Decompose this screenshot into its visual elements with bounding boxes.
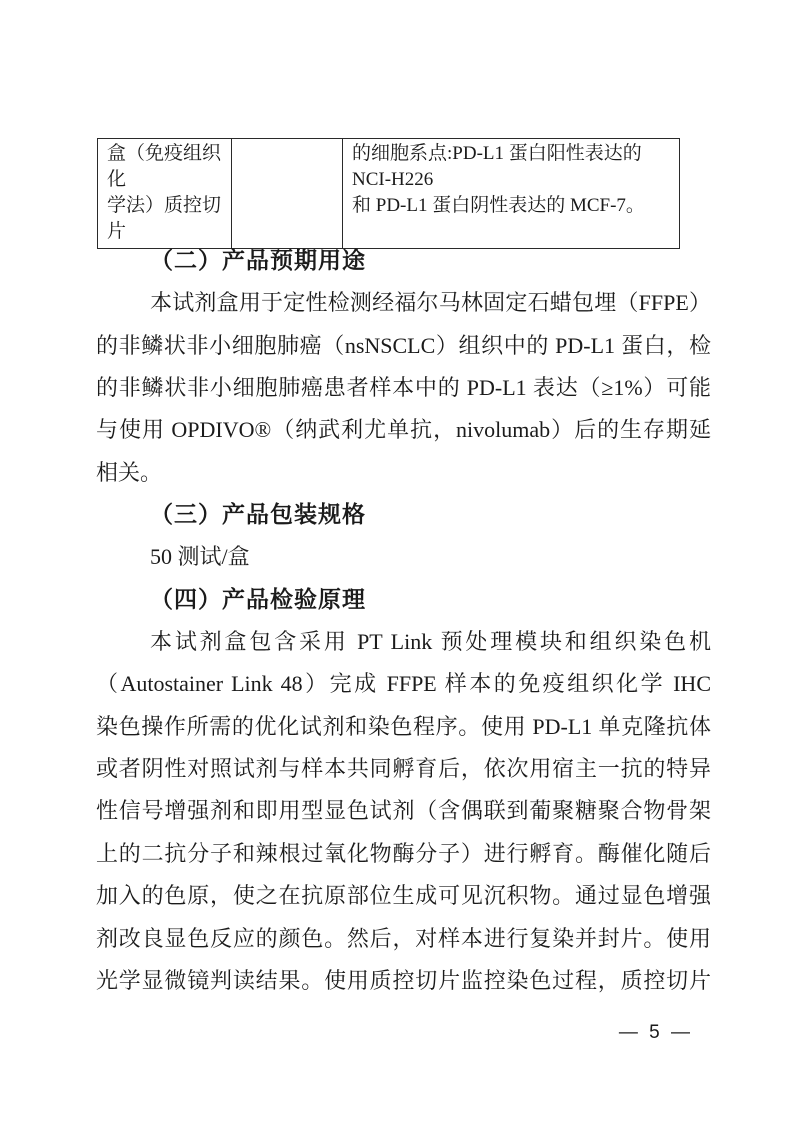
table-cell-text: 学法）质控切片 (107, 193, 225, 245)
paragraph-line: 本试剂盒包含采用 PT Link 预处理模块和组织染色机 (96, 621, 711, 663)
paragraph-line: 光学显微镜判读结果。使用质控切片监控染色过程，质控切片 (96, 960, 711, 1002)
table-row: 盒（免疫组织化 学法）质控切片 的细胞系点:PD-L1 蛋白阳性表达的 NCI-… (98, 139, 680, 249)
table-cell-description: 的细胞系点:PD-L1 蛋白阳性表达的 NCI-H226 和 PD-L1 蛋白阴… (343, 139, 680, 249)
continuation-table: 盒（免疫组织化 学法）质控切片 的细胞系点:PD-L1 蛋白阳性表达的 NCI-… (97, 138, 680, 249)
page-number: — 5 — (0, 1022, 690, 1044)
section-heading-test-principle: （四）产品检验原理 (96, 579, 711, 621)
section-heading-intended-use: （二）产品预期用途 (96, 240, 711, 282)
paragraph-line: 50 测试/盒 (96, 536, 711, 578)
paragraph-line: 的非鳞状非小细胞肺癌患者样本中的 PD-L1 表达（≥1%）可能 (96, 367, 711, 409)
paragraph-line: 剂改良显色反应的颜色。然后，对样本进行复染并封片。使用 (96, 918, 711, 960)
table-cell-text: 的细胞系点:PD-L1 蛋白阳性表达的 NCI-H226 (352, 141, 673, 193)
paragraph-line: 相关。 (96, 452, 711, 494)
paragraph-line: （Autostainer Link 48）完成 FFPE 样本的免疫组织化学 I… (96, 663, 711, 705)
table-cell-text: 盒（免疫组织化 (107, 141, 225, 193)
paragraph-line: 与使用 OPDIVO®（纳武利尤单抗，nivolumab）后的生存期延长 (96, 409, 711, 451)
paragraph-line: 性信号增强剂和即用型显色试剂（含偶联到葡聚糖聚合物骨架 (96, 790, 711, 832)
paragraph-line: 本试剂盒用于定性检测经福尔马林固定石蜡包埋（FFPE） (96, 282, 711, 324)
document-page: 盒（免疫组织化 学法）质控切片 的细胞系点:PD-L1 蛋白阳性表达的 NCI-… (0, 0, 793, 1122)
paragraph-line: 的非鳞状非小细胞肺癌（nsNSCLC）组织中的 PD-L1 蛋白，检出 (96, 325, 711, 367)
table-cell-product-name: 盒（免疫组织化 学法）质控切片 (98, 139, 232, 249)
table-cell-text: 和 PD-L1 蛋白阴性表达的 MCF-7。 (352, 193, 673, 219)
paragraph-line: 或者阴性对照试剂与样本共同孵育后，依次用宿主一抗的特异 (96, 748, 711, 790)
table-cell-empty (232, 139, 343, 249)
main-text-block: （二）产品预期用途 本试剂盒用于定性检测经福尔马林固定石蜡包埋（FFPE） 的非… (96, 240, 711, 1002)
section-heading-packaging: （三）产品包装规格 (96, 494, 711, 536)
paragraph-line: 染色操作所需的优化试剂和染色程序。使用 PD-L1 单克隆抗体 (96, 706, 711, 748)
paragraph-line: 上的二抗分子和辣根过氧化物酶分子）进行孵育。酶催化随后 (96, 833, 711, 875)
paragraph-line: 加入的色原，使之在抗原部位生成可见沉积物。通过显色增强 (96, 875, 711, 917)
